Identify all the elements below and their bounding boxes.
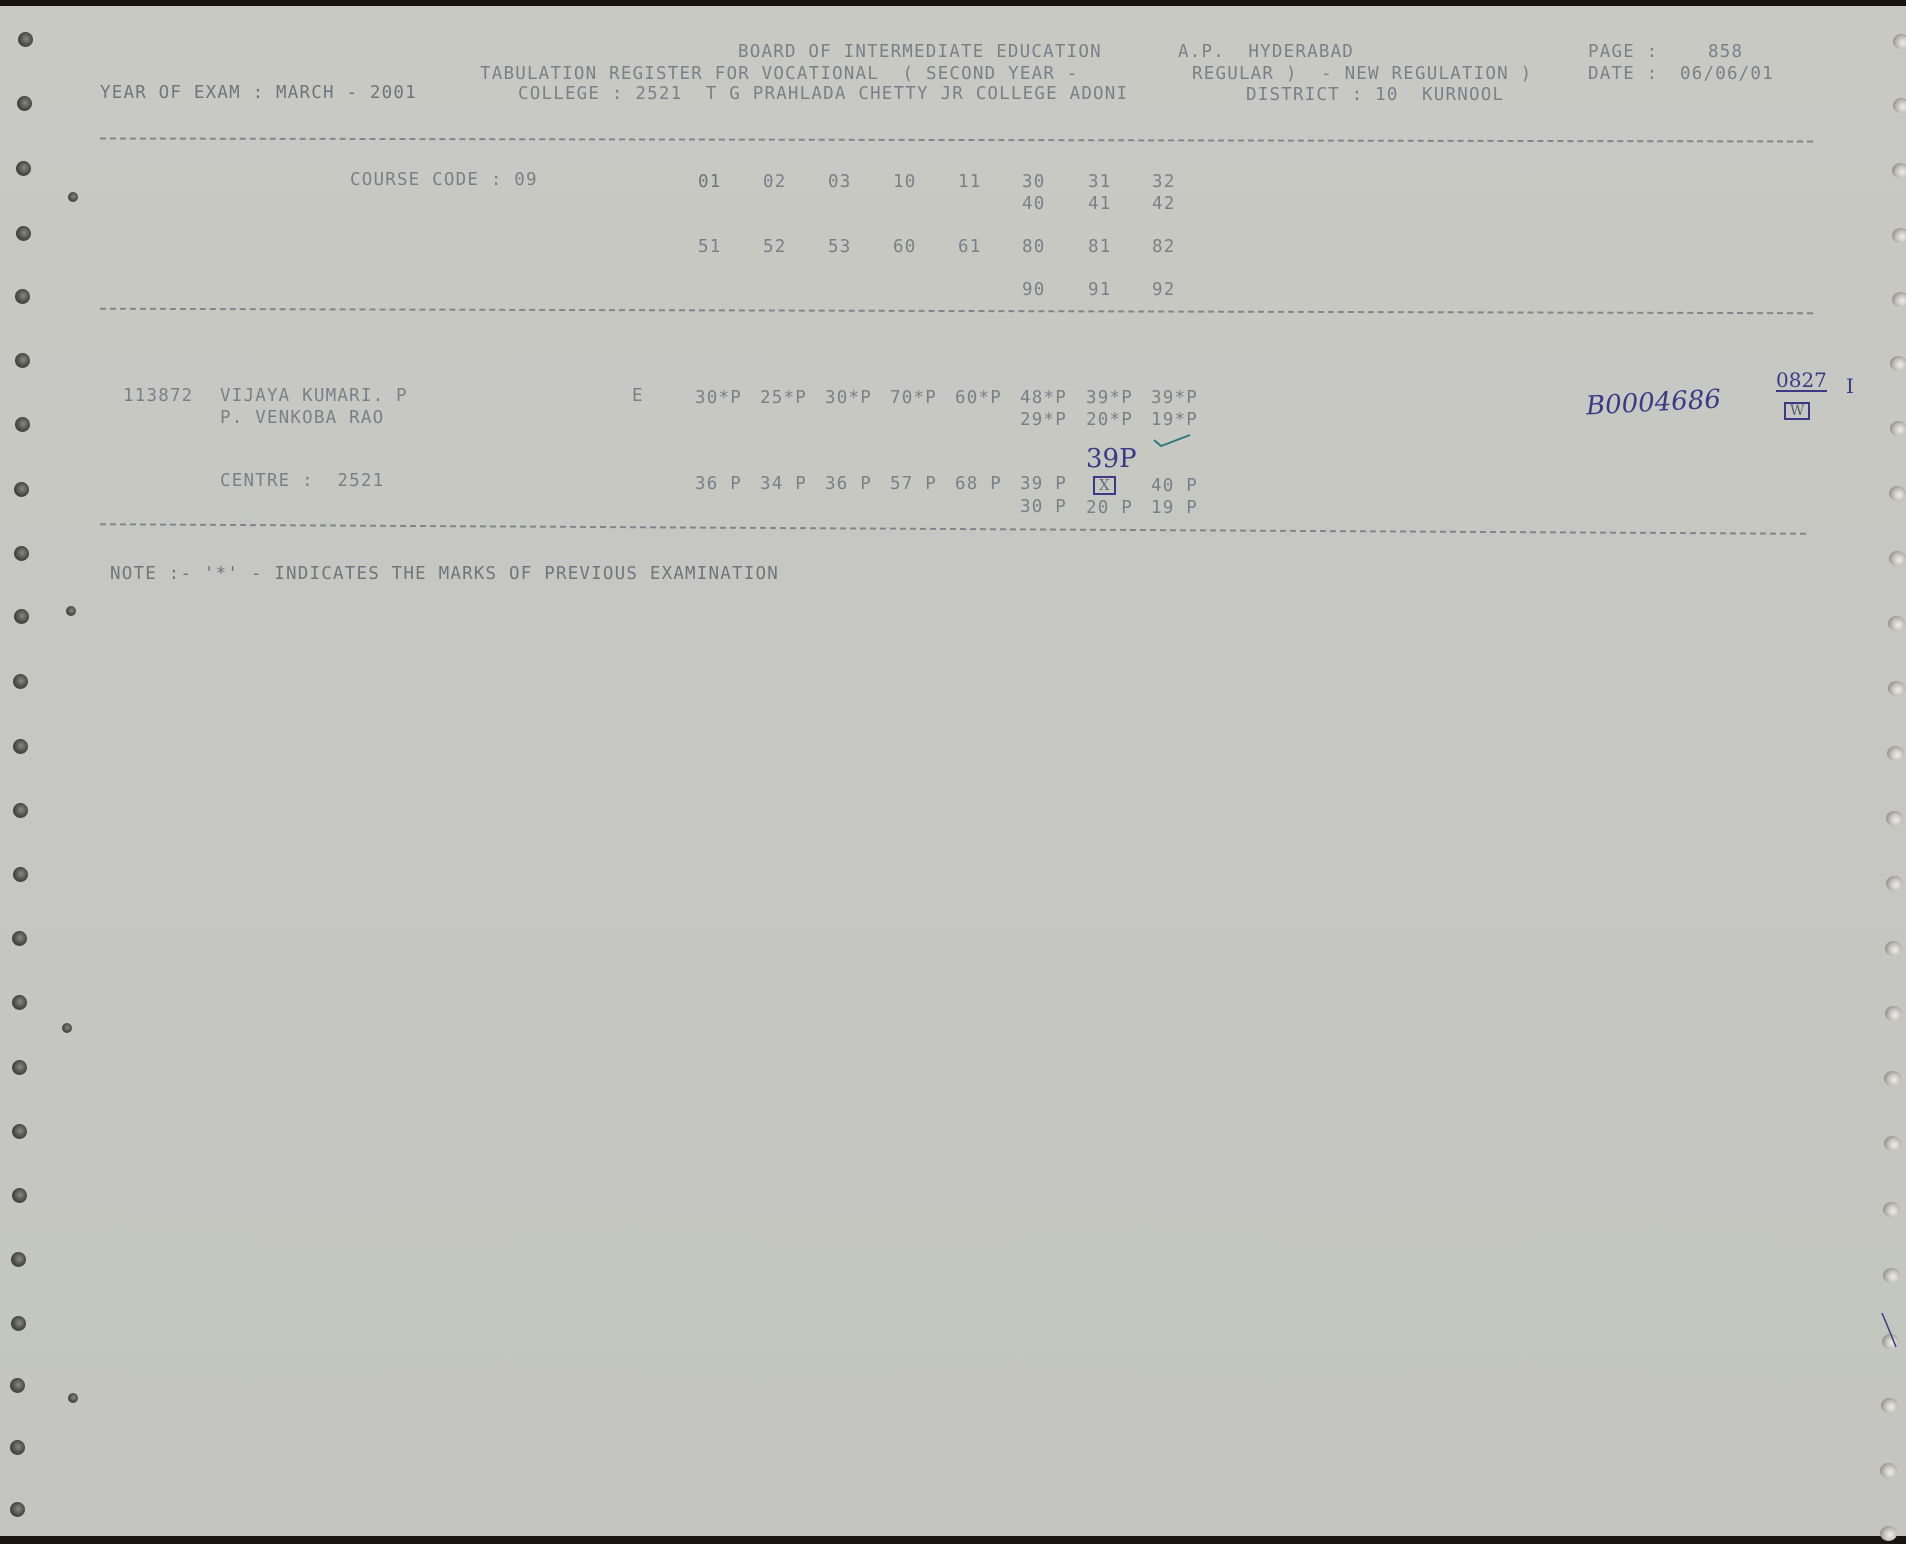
page-number: 858 bbox=[1708, 44, 1743, 62]
medium: E bbox=[632, 388, 644, 406]
mark-cell: 39 P bbox=[1020, 476, 1067, 494]
subject-code: 30 bbox=[1022, 174, 1045, 192]
mark-cell: 20*P bbox=[1086, 412, 1133, 430]
register-type: REGULAR ) - NEW REGULATION ) bbox=[1192, 66, 1532, 84]
subject-code: 01 bbox=[698, 174, 721, 192]
subject-code: 42 bbox=[1152, 196, 1175, 214]
subject-code: 60 bbox=[893, 239, 916, 257]
serial-number: B0004686 bbox=[1585, 386, 1721, 419]
code-suffix: I bbox=[1846, 376, 1854, 396]
boxed-letter: W bbox=[1784, 402, 1810, 420]
register-title: TABULATION REGISTER FOR VOCATIONAL ( SEC… bbox=[480, 66, 1079, 84]
mark-cell: 29*P bbox=[1020, 412, 1067, 430]
subject-code: 90 bbox=[1022, 282, 1045, 300]
hall-ticket-number: 113872 bbox=[123, 388, 193, 406]
mark-cell: 39*P bbox=[1151, 390, 1198, 408]
subject-code: 32 bbox=[1152, 174, 1175, 192]
college-info: COLLEGE : 2521 T G PRAHLADA CHETTY JR CO… bbox=[518, 86, 1128, 104]
mark-cell: 19*P bbox=[1151, 412, 1198, 430]
subject-code: 92 bbox=[1152, 282, 1175, 300]
header-divider bbox=[100, 138, 1813, 143]
subject-code: 80 bbox=[1022, 239, 1045, 257]
subject-code: 91 bbox=[1088, 282, 1111, 300]
date-value: 06/06/01 bbox=[1680, 66, 1774, 84]
tabulation-register-sheet: BOARD OF INTERMEDIATE EDUCATION A.P. HYD… bbox=[0, 6, 1906, 1536]
subject-code: 02 bbox=[763, 174, 786, 192]
correction-mark: 39P bbox=[1086, 446, 1137, 472]
subject-code: 82 bbox=[1152, 239, 1175, 257]
year-of-exam: YEAR OF EXAM : MARCH - 2001 bbox=[100, 85, 417, 103]
subject-code: 10 bbox=[893, 174, 916, 192]
subject-code: 31 bbox=[1088, 174, 1111, 192]
father-name: P. VENKOBA RAO bbox=[220, 410, 384, 428]
footnote: NOTE :- '*' - INDICATES THE MARKS OF PRE… bbox=[110, 566, 779, 584]
mark-cell: 30 P bbox=[1020, 499, 1067, 517]
code-number: 0827 bbox=[1776, 370, 1827, 392]
boxed-absent-mark: X bbox=[1093, 476, 1116, 495]
subject-code: 53 bbox=[828, 239, 851, 257]
course-code-label: COURSE CODE : 09 bbox=[350, 172, 538, 190]
course-divider bbox=[100, 308, 1813, 314]
mark-cell: 40 P bbox=[1151, 478, 1198, 496]
subject-code: 40 bbox=[1022, 196, 1045, 214]
mark-cell: 60*P bbox=[955, 390, 1002, 408]
date-label: DATE : bbox=[1588, 66, 1658, 84]
board-location: A.P. HYDERABAD bbox=[1178, 44, 1354, 62]
mark-cell: 39*P bbox=[1086, 390, 1133, 408]
mark-cell: 34 P bbox=[760, 476, 807, 494]
subject-code: 61 bbox=[958, 239, 981, 257]
board-name: BOARD OF INTERMEDIATE EDUCATION bbox=[738, 44, 1102, 62]
mark-cell: 30*P bbox=[825, 390, 872, 408]
mark-cell: 57 P bbox=[890, 476, 937, 494]
district-info: DISTRICT : 10 KURNOOL bbox=[1246, 87, 1504, 105]
mark-cell: 36 P bbox=[825, 476, 872, 494]
subject-code: 41 bbox=[1088, 196, 1111, 214]
mark-cell: 25*P bbox=[760, 390, 807, 408]
mark-cell: 68 P bbox=[955, 476, 1002, 494]
subject-code: 03 bbox=[828, 174, 851, 192]
pen-stroke-icon bbox=[1880, 1311, 1900, 1351]
mark-cell: 70*P bbox=[890, 390, 937, 408]
subject-code: 52 bbox=[763, 239, 786, 257]
record-divider bbox=[100, 523, 1806, 535]
mark-cell: 48*P bbox=[1020, 390, 1067, 408]
mark-cell: 20 P bbox=[1086, 500, 1133, 518]
page-label: PAGE : bbox=[1588, 44, 1658, 62]
subject-code: 11 bbox=[958, 174, 981, 192]
mark-cell: 30*P bbox=[695, 390, 742, 408]
centre: CENTRE : 2521 bbox=[220, 473, 384, 491]
mark-cell: 36 P bbox=[695, 476, 742, 494]
mark-cell: 19 P bbox=[1151, 500, 1198, 518]
student-name: VIJAYA KUMARI. P bbox=[220, 388, 408, 406]
subject-code: 81 bbox=[1088, 239, 1111, 257]
subject-code: 51 bbox=[698, 239, 721, 257]
checkmark-icon bbox=[1152, 434, 1192, 448]
